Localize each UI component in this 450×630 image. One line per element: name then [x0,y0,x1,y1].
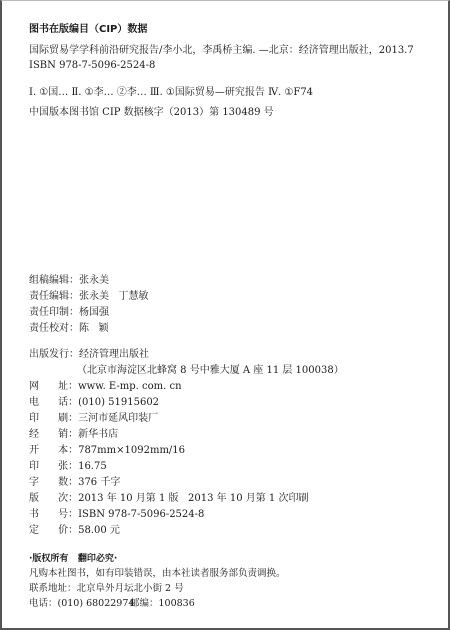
detail-label: 印 刷： [29,413,78,424]
cip-classification: Ⅰ. ①国… Ⅱ. ①李… ②李… Ⅲ. ①国际贸易—研究报告 Ⅳ. ①F74 [29,87,313,99]
editor-value: 杨国强 [79,307,109,318]
detail-row: 定 价：58.00 元 [29,525,120,537]
detail-row: 网 址：www. E-mp. com. cn [29,381,182,393]
detail-value: 新华书店 [78,429,118,440]
detail-value: www. E-mp. com. cn [78,381,181,392]
detail-label: 印 张： [29,461,78,472]
detail-value: ISBN 978-7-5096-2524-8 [78,509,204,520]
detail-value: 三河市延风印装厂 [78,413,158,424]
detail-label: 字 数： [29,477,78,488]
detail-value: 376 千字 [78,477,120,488]
detail-row: 字 数：376 千字 [29,477,120,489]
publisher-value: 经济管理出版社 [79,349,149,360]
editor-value: 张永美 丁慧敏 [79,291,149,302]
detail-label: 定 价： [29,525,78,536]
editor-row: 责任编辑：张永美 丁慧敏 [29,291,149,303]
editor-value: 张永美 [79,275,109,286]
return-policy: 凡购本社图书，如有印装错误，由本社读者服务部负责调换。 [29,568,286,580]
detail-value: (010) 51915602 [78,397,159,408]
contact-address: 联系地址：北京阜外月坛北小街 2 号 [29,583,184,595]
detail-row: 经 销：新华书店 [29,429,118,441]
detail-row: 书 号：ISBN 978-7-5096-2524-8 [29,509,204,521]
editor-value: 陈 颖 [79,323,109,334]
detail-label: 开 本： [29,445,78,456]
detail-row: 印 刷：三河市延风印装厂 [29,413,158,425]
editor-label: 组稿编辑： [29,275,79,286]
cip-isbn: ISBN 978-7-5096-2524-8 [29,60,155,72]
editor-label: 责任校对： [29,323,79,334]
detail-row: 印 张：16.75 [29,461,107,473]
cip-title: 图书在版编目（CIP）数据 [29,24,147,36]
editor-row: 责任校对：陈 颖 [29,323,109,335]
contact-phone: 电话：(010) 68022974 [29,598,134,610]
detail-value: 787mm×1092mm/16 [78,445,185,456]
detail-row: 开 本：787mm×1092mm/16 [29,445,185,457]
editor-row: 组稿编辑：张永美 [29,275,109,287]
editor-label: 责任编辑： [29,291,79,302]
detail-value: 58.00 元 [78,525,120,536]
publisher-address: （北京市海淀区北蜂窝 8 号中雅大厦 A 座 11 层 100038） [77,365,344,377]
editor-row: 责任印制：杨国强 [29,307,109,319]
editor-label: 责任印制： [29,307,79,318]
copyright-notice: ·版权所有 翻印必究· [29,553,117,565]
detail-row: 版 次：2013 年 10 月第 1 版 2013 年 10 月第 1 次印刷 [29,493,308,505]
cip-number: 中国版本图书馆 CIP 数据核字（2013）第 130489 号 [29,107,274,119]
publisher-label: 出版发行： [29,349,79,360]
detail-label: 版 次： [29,493,78,504]
copyright-page: 图书在版编目（CIP）数据 国际贸易学学科前沿研究报告/李小北，李禹桥主编. —… [0,0,450,630]
detail-row: 电 话：(010) 51915602 [29,397,159,409]
detail-label: 网 址： [29,381,78,392]
cip-bibliographic-line: 国际贸易学学科前沿研究报告/李小北，李禹桥主编. —北京：经济管理出版社，201… [29,45,414,57]
contact-postcode: 邮编：100836 [130,598,195,610]
publisher-row: 出版发行：经济管理出版社 [29,349,149,361]
detail-value: 16.75 [78,461,107,472]
detail-label: 书 号： [29,509,78,520]
detail-label: 经 销： [29,429,78,440]
detail-value: 2013 年 10 月第 1 版 2013 年 10 月第 1 次印刷 [78,493,308,504]
detail-label: 电 话： [29,397,78,408]
